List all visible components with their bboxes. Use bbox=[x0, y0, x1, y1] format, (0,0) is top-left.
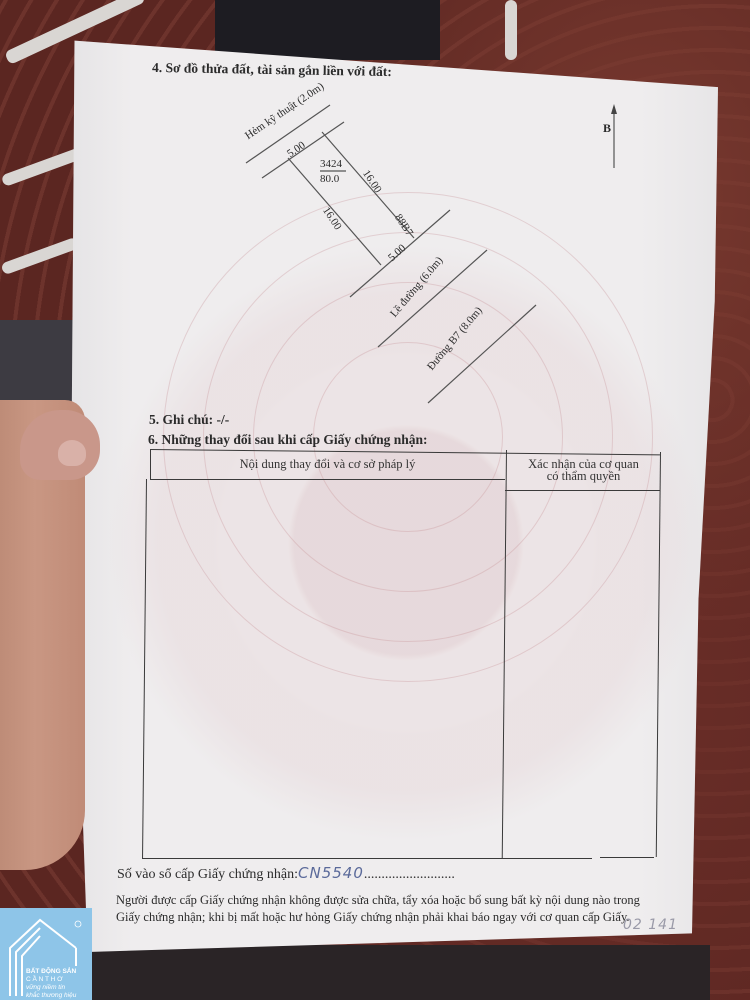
registry-label: Số vào sổ cấp Giấy chứng nhận: bbox=[117, 867, 298, 882]
logo-line-4: khắc thương hiệu bbox=[26, 992, 76, 999]
logo-line-2: C Ầ N T H Ơ bbox=[26, 976, 63, 983]
registry-dots: .......................... bbox=[364, 867, 455, 882]
corner-handwritten-note: 02 141 bbox=[623, 917, 678, 933]
notice-line-2: Giấy chứng nhận; khi bị mất hoặc hư hỏng… bbox=[116, 910, 630, 925]
notice-line-1: Người được cấp Giấy chứng nhận không đượ… bbox=[116, 893, 640, 908]
north-label: B bbox=[603, 121, 611, 136]
section-5-notes: 5. Ghi chú: -/- bbox=[149, 412, 229, 428]
column-header-changes: Nội dung thay đổi và cơ sở pháp lý bbox=[150, 458, 505, 470]
parcel-diagram bbox=[0, 0, 750, 420]
registry-number-field: Số vào sổ cấp Giấy chứng nhận:CN5540....… bbox=[117, 864, 455, 883]
column-header-line: có thẩm quyền bbox=[506, 470, 661, 482]
north-arrow-icon bbox=[611, 104, 617, 114]
column-header-confirmation: Xác nhận của cơ quan có thẩm quyền bbox=[506, 458, 661, 482]
watermark-logo: BẤT ĐỘNG SẢN C Ầ N T H Ơ vững niềm tin k… bbox=[0, 908, 92, 1000]
logo-line-1: BẤT ĐỘNG SẢN bbox=[26, 968, 76, 975]
registry-value: CN5540 bbox=[298, 864, 364, 882]
thumbnail bbox=[58, 440, 86, 466]
parcel-number: 3424 bbox=[320, 158, 342, 170]
section-6-title: 6. Những thay đổi sau khi cấp Giấy chứng… bbox=[148, 432, 428, 448]
background-bottom bbox=[60, 945, 710, 1000]
parcel-area: 80.0 bbox=[320, 173, 339, 185]
logo-line-3: vững niềm tin bbox=[26, 984, 65, 991]
